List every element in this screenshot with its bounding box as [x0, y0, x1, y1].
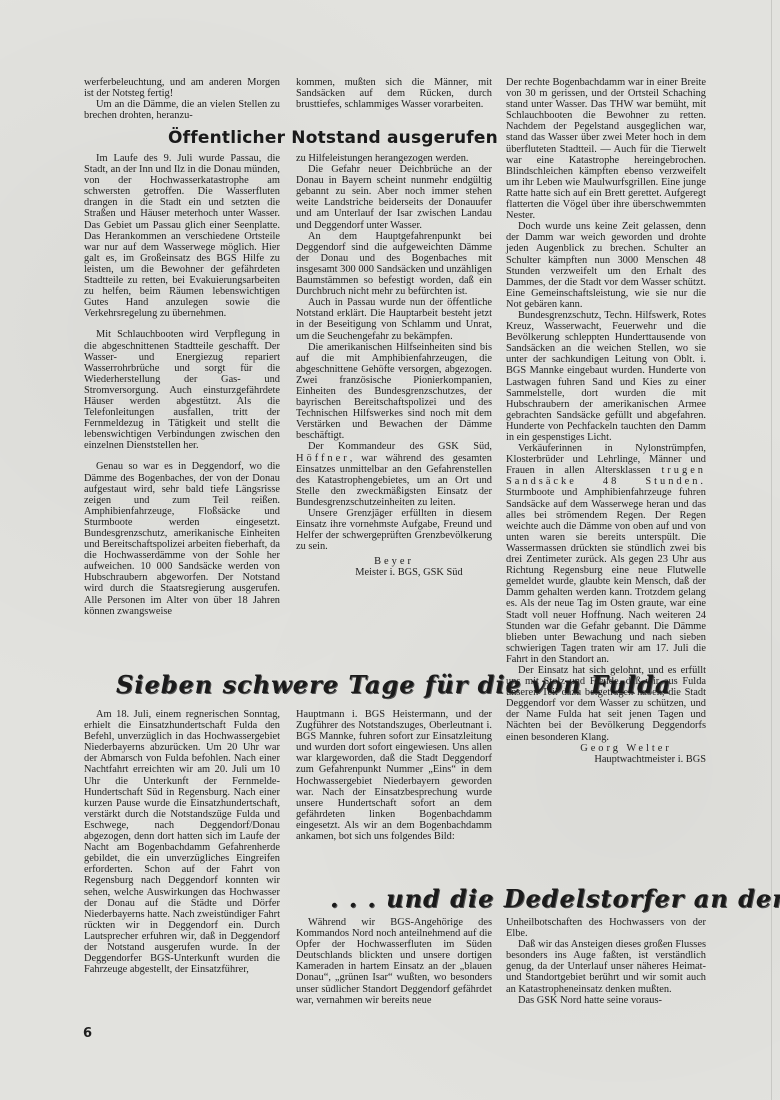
paragraph: Der rechte Bogenbachdamm war in einer Br… — [506, 77, 706, 221]
paragraph: An dem Hauptgefahrenpunkt bei Deggendorf… — [296, 231, 492, 298]
col1-top-text: werferbeleuchtung, und am anderen Morgen… — [84, 77, 280, 121]
paragraph: Verkäuferinnen in Nylonstrümpfen, Kloste… — [506, 443, 706, 665]
page-edge — [771, 0, 772, 1100]
paragraph: Die Gefahr neuer Deichbrüche an der Dona… — [296, 164, 492, 231]
paragraph: Mit Schlauchbooten wird Verpflegung in d… — [84, 329, 280, 451]
paragraph: Doch wurde uns keine Zeit gelassen, denn… — [506, 221, 706, 310]
col2-top-text: kommen, mußten sich die Männer, mit Sand… — [296, 77, 492, 110]
text-run: Der Kommandeur des GSK Süd, — [308, 441, 492, 452]
paragraph: kommen, mußten sich die Männer, mit Sand… — [296, 77, 492, 110]
document-page: werferbeleuchtung, und am anderen Morgen… — [0, 0, 780, 1100]
paragraph: Daß wir das Ansteigen dieses großen Flus… — [506, 939, 706, 994]
notstand-col2: zu Hilfeleistungen herangezogen werden. … — [296, 153, 492, 579]
paragraph: Um an die Dämme, die an vielen Stellen z… — [84, 99, 280, 121]
col3-text: Der rechte Bogenbachdamm war in einer Br… — [506, 77, 706, 765]
heading-fulda: Sieben schwere Tage für die von Fulda — [116, 670, 671, 699]
paragraph: Während wir BGS-Angehörige des Kommandos… — [296, 917, 492, 1006]
heading-notstand: Öffentlicher Notstand ausgerufen — [168, 128, 498, 148]
signature-title: Hauptwachtmeister i. BGS — [506, 754, 706, 765]
paragraph: werferbeleuchtung, und am anderen Morgen… — [84, 77, 280, 99]
paragraph: Hauptmann i. BGS Heistermann, und der Zu… — [296, 709, 492, 842]
paragraph: Das GSK Nord hatte seine voraus- — [506, 995, 706, 1006]
notstand-col1: Im Laufe des 9. Juli wurde Passau, die S… — [84, 153, 280, 617]
elbe-col2: Während wir BGS-Angehörige des Kommandos… — [296, 917, 492, 1006]
elbe-col3: Unheilbotschaften des Hochwassers von de… — [506, 917, 706, 1006]
person-name: Höffner — [296, 453, 350, 464]
heading-dedelstorfer: . . . und die Dedelstorfer an der Elbe — [330, 884, 780, 913]
signature-name: Beyer — [296, 556, 492, 567]
fulda-col1: Am 18. Juli, einem regnerischen Sonntag,… — [84, 709, 280, 975]
paragraph: Genau so war es in Deggendorf, wo die Dä… — [84, 461, 280, 616]
page-number: 6 — [83, 1026, 92, 1041]
signature-title: Meister i. BGS, GSK Süd — [296, 567, 492, 578]
paragraph: Unsere Grenzjäger erfüllten in diesem Ei… — [296, 508, 492, 552]
paragraph: zu Hilfeleistungen herangezogen werden. — [296, 153, 492, 164]
paragraph: Unheilbotschaften des Hochwassers von de… — [506, 917, 706, 939]
paragraph: Die amerikanischen Hilfseinheiten sind b… — [296, 342, 492, 442]
fulda-col2: Hauptmann i. BGS Heistermann, und der Zu… — [296, 709, 492, 842]
signature-name: Georg Welter — [506, 743, 706, 754]
text-run: Sturmboote und Amphibienfahrzeuge fuhren… — [506, 487, 706, 664]
paragraph: Der Kommandeur des GSK Süd, Höffner, war… — [296, 441, 492, 508]
paragraph: Auch in Passau wurde nun der öffentliche… — [296, 297, 492, 341]
paragraph: Im Laufe des 9. Juli wurde Passau, die S… — [84, 153, 280, 319]
paragraph: Bundesgrenzschutz, Techn. Hilfswerk, Rot… — [506, 310, 706, 443]
paragraph: Am 18. Juli, einem regnerischen Sonntag,… — [84, 709, 280, 975]
